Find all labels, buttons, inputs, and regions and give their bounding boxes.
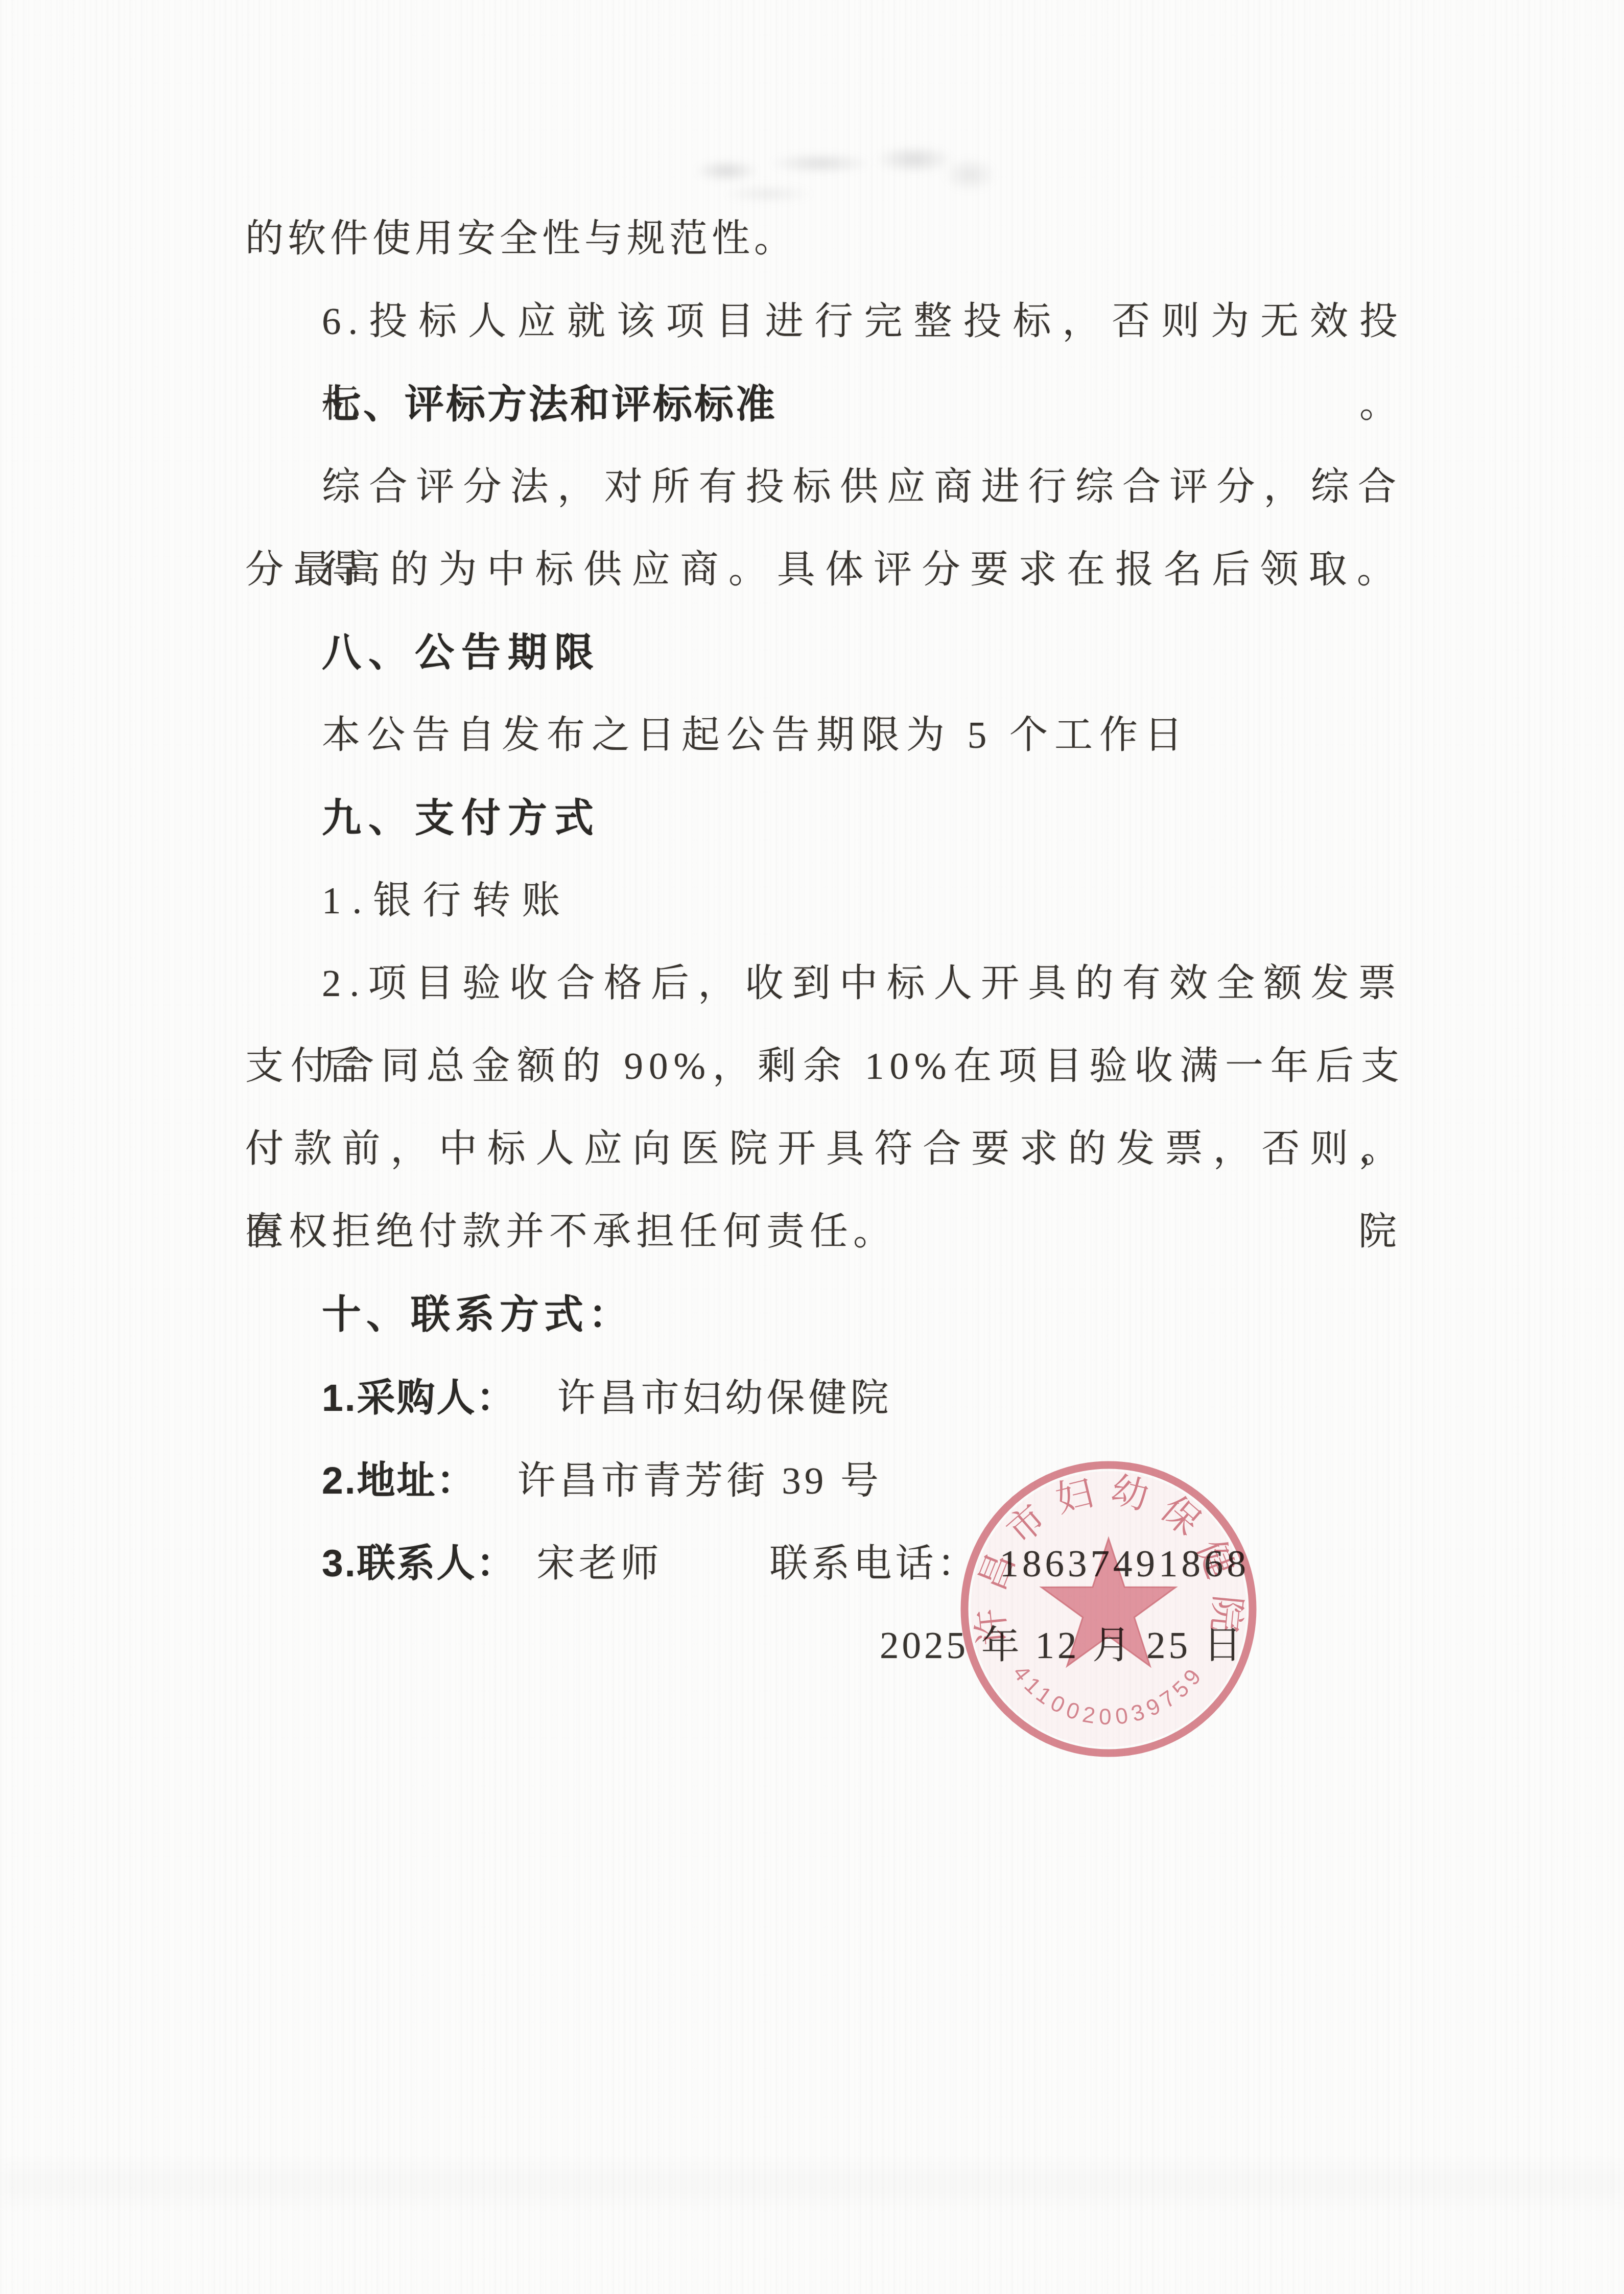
payment-item-2-line-1: 2.项目验收合格后，收到中标人开具的有效全额发票后 — [245, 942, 1405, 1025]
payment-item-1: 1.银行转账 — [245, 860, 1405, 942]
item-6-line: 6.投标人应就该项目进行完整投标，否则为无效投标。 — [245, 280, 1405, 363]
payment-item-2-line-3: 付款前，中标人应向医院开具符合要求的发票，否则，医院 — [245, 1108, 1405, 1191]
scan-band — [0, 2166, 1624, 2202]
section-9-heading: 九、支付方式 — [245, 777, 1405, 860]
section-7-line-1: 综合评分法，对所有投标供应商进行综合评分，综合得 — [245, 446, 1405, 529]
official-seal-stamp: 许昌市妇幼保健院 4110020039759 — [955, 1456, 1262, 1762]
section-8-body: 本公告自发布之日起公告期限为 5 个工作日 — [245, 694, 1405, 777]
buyer-label: 1.采购人： — [322, 1376, 516, 1419]
address-label: 2.地址： — [322, 1459, 477, 1502]
phone-label: 联系电话： — [770, 1543, 979, 1585]
contact-name: 宋老师 — [537, 1543, 663, 1585]
buyer-line: 1.采购人：许昌市妇幼保健院 — [245, 1356, 1405, 1439]
scan-smudge — [664, 129, 1011, 205]
section-10-heading: 十、联系方式： — [245, 1273, 1405, 1356]
section-7-line-2: 分最高的为中标供应商。具体评分要求在报名后领取。 — [245, 529, 1405, 611]
address-value: 许昌市青芳街 39 号 — [517, 1460, 883, 1502]
contact-label: 3.联系人： — [322, 1542, 516, 1584]
section-8-heading: 八、公告期限 — [245, 611, 1405, 694]
buyer-value: 许昌市妇幼保健院 — [557, 1377, 892, 1420]
paragraph-tail-line: 的软件使用安全性与规范性。 — [245, 198, 1405, 280]
payment-item-2-line-2: 支付合同总金额的 90%，剩余 10%在项目验收满一年后支付。 — [245, 1025, 1405, 1108]
